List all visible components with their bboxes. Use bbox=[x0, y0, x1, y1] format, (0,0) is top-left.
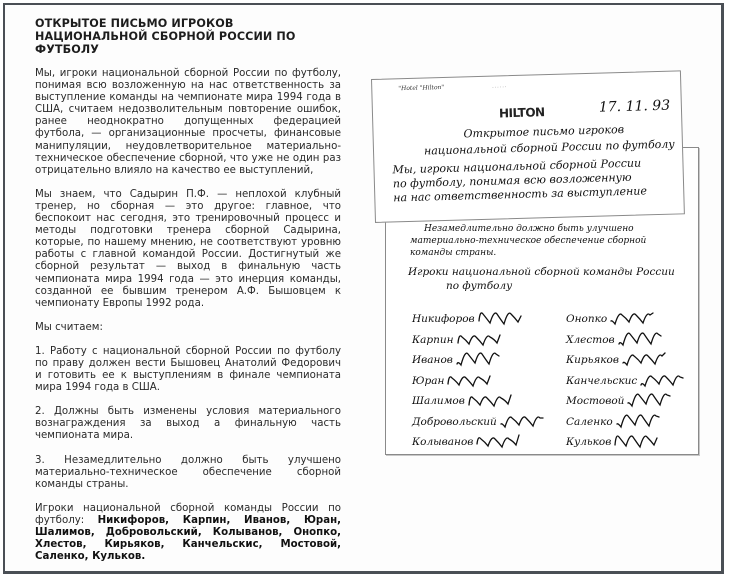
signature-name: Добровольский bbox=[412, 416, 497, 428]
signature-name: Колыванов bbox=[412, 436, 473, 448]
signature-row: Колыванов bbox=[412, 433, 521, 451]
hilton-letterhead-sheet: "Hotel "Hilton" · · · · · · HILTON 17. 1… bbox=[371, 70, 685, 223]
letter-title: ОТКРЫТОЕ ПИСЬМО ИГРОКОВ НАЦИОНАЛЬНОЙ СБО… bbox=[35, 17, 341, 56]
signature-scribble-icon bbox=[475, 433, 521, 451]
signature-name: Шалимов bbox=[412, 395, 465, 407]
signature-scribble-icon bbox=[456, 331, 502, 349]
signature-row: Кирьяков bbox=[566, 351, 667, 369]
signature-scribble-icon bbox=[639, 372, 685, 390]
signature-scribble-icon bbox=[499, 413, 545, 431]
signature-scribble-icon bbox=[626, 392, 672, 410]
demand-1: 1. Работу с национальной сборной России … bbox=[35, 346, 341, 394]
demand-3: 3. Незамедлительно должно быть улучшено … bbox=[35, 455, 341, 491]
signature-row: Никифоров bbox=[412, 310, 523, 328]
signature-row: Хлестов bbox=[566, 331, 663, 349]
signature-name: Канчельскис bbox=[566, 375, 637, 387]
signature-name: Кирьяков bbox=[566, 354, 619, 366]
handwritten-letter-image: Незамедлительно должно быть улучшено мат… bbox=[371, 75, 701, 457]
signature-row: Саленко bbox=[566, 413, 661, 431]
handwritten-line: Незамедлительно должно быть улучшено bbox=[424, 224, 634, 234]
handwritten-line: материально-техническое обеспечение сбор… bbox=[410, 236, 646, 246]
signature-row: Канчельскис bbox=[566, 372, 685, 390]
handwritten-line: национальной сборной России по футболу bbox=[424, 138, 675, 158]
signature-scribble-icon bbox=[455, 351, 501, 369]
signature-row: Добровольский bbox=[412, 413, 545, 431]
signature-row: Карпин bbox=[412, 331, 502, 349]
signature-name: Никифоров bbox=[412, 313, 475, 325]
signature-name: Саленко bbox=[566, 416, 613, 428]
signature-row: Юран bbox=[412, 372, 492, 390]
signature-scribble-icon bbox=[621, 351, 667, 369]
signature-scribble-icon bbox=[615, 413, 661, 431]
hilton-logo: HILTON bbox=[499, 105, 545, 120]
document-frame: ОТКРЫТОЕ ПИСЬМО ИГРОКОВ НАЦИОНАЛЬНОЙ СБО… bbox=[3, 3, 724, 574]
signature-scribble-icon bbox=[446, 372, 492, 390]
handwritten-line: команды страны. bbox=[410, 248, 496, 258]
handwritten-line: Игроки национальной сборной команды Росс… bbox=[408, 266, 675, 278]
demand-2: 2. Должны быть изменены условия материал… bbox=[35, 406, 341, 442]
signature-scribble-icon bbox=[609, 310, 655, 328]
signature-scribble-icon bbox=[477, 310, 523, 328]
signature-row: Шалимов bbox=[412, 392, 513, 410]
signature-name: Онопко bbox=[566, 313, 607, 325]
paragraph-intro: Мы, игроки национальной сборной России п… bbox=[35, 68, 341, 177]
signature-name: Мостовой bbox=[566, 395, 624, 407]
signatories: Игроки национальной сборной команды Росс… bbox=[35, 503, 341, 563]
signature-name: Карпин bbox=[412, 334, 454, 346]
signature-row: Кульков bbox=[566, 433, 659, 451]
paragraph-coach: Мы знаем, что Садырин П.Ф. — неплохой кл… bbox=[35, 189, 341, 310]
letter-date: 17. 11. 93 bbox=[599, 98, 671, 116]
signature-name: Хлестов bbox=[566, 334, 615, 346]
signature-name: Юран bbox=[412, 375, 444, 387]
signature-scribble-icon bbox=[613, 433, 659, 451]
signature-row: Онопко bbox=[566, 310, 655, 328]
paragraph-we-consider: Мы считаем: bbox=[35, 322, 341, 334]
signature-name: Иванов bbox=[412, 354, 453, 366]
letterhead-small-print: · · · · · · bbox=[492, 84, 506, 89]
signature-scribble-icon bbox=[617, 331, 663, 349]
signature-name: Кульков bbox=[566, 436, 611, 448]
signature-row: Иванов bbox=[412, 351, 501, 369]
signature-row: Мостовой bbox=[566, 392, 672, 410]
typed-letter: ОТКРЫТОЕ ПИСЬМО ИГРОКОВ НАЦИОНАЛЬНОЙ СБО… bbox=[35, 17, 341, 575]
handwritten-line: по футболу bbox=[446, 280, 512, 292]
signature-scribble-icon bbox=[467, 392, 513, 410]
handwritten-line: Открытое письмо игроков bbox=[463, 123, 624, 140]
letterhead-small-print: "Hotel "Hilton" bbox=[398, 84, 444, 92]
